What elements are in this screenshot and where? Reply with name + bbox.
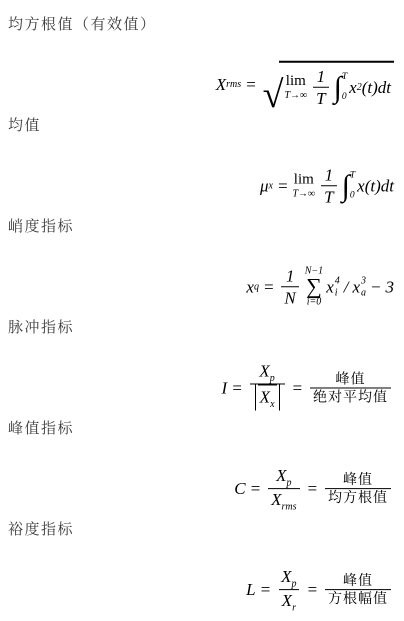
- section-label-kurtosis: 峭度指标: [8, 215, 74, 236]
- section-impulse: 脉冲指标 I = Xp Xx = 峰值 绝对平均值: [0, 303, 404, 404]
- integrand: x2(t)dt: [349, 78, 391, 98]
- equals-sign: =: [263, 277, 274, 297]
- limit-operator: lim T→∞: [292, 173, 315, 200]
- mean-lhs: μx: [260, 176, 273, 196]
- fraction-symbolic: Xp Xr: [278, 566, 299, 614]
- equals-sign: =: [260, 580, 271, 600]
- section-label-crest: 峰值指标: [8, 417, 74, 438]
- term-x-i-4: x4i: [326, 275, 340, 299]
- section-label-rms: 均方根值（有效值）: [8, 13, 157, 34]
- minus-sign: −: [370, 277, 381, 297]
- section-clearance: 裕度指标 L = Xp Xr = 峰值 方根幅值: [0, 505, 404, 606]
- fraction-chinese: 峰值 绝对平均值: [310, 370, 391, 406]
- sigma-icon: ∑: [306, 277, 322, 298]
- clearance-lhs: L: [246, 580, 255, 600]
- kurtosis-lhs: xq: [246, 277, 259, 297]
- impulse-lhs: I: [222, 378, 228, 398]
- equals-sign: =: [250, 479, 261, 499]
- section-label-clearance: 裕度指标: [8, 518, 74, 539]
- section-rms: 均方根值（有效值） Xrms = √ lim T→∞ 1 T ∫: [0, 0, 404, 101]
- limit-operator: lim T→∞: [284, 74, 307, 101]
- rms-lhs: Xrms: [216, 75, 241, 95]
- section-crest: 峰值指标 C = Xp Xrms = 峰值 均方根值: [0, 404, 404, 505]
- fraction-chinese: 峰值 方根幅值: [325, 572, 391, 608]
- section-label-impulse: 脉冲指标: [8, 316, 74, 337]
- fraction-chinese: 峰值 均方根值: [325, 471, 391, 507]
- section-label-mean: 均值: [8, 114, 41, 135]
- integral-icon: ∫: [334, 75, 342, 101]
- formula-clearance: L = Xp Xr = 峰值 方根幅值: [246, 566, 394, 614]
- equals-sign: =: [245, 75, 256, 95]
- integral-operator: ∫ T0: [334, 73, 348, 103]
- constant-3: 3: [386, 277, 395, 297]
- equals-sign: =: [277, 176, 288, 196]
- section-kurtosis: 峭度指标 xq = 1 N N−1 ∑ i=0 x4i / x3a − 3: [0, 202, 404, 303]
- integral-operator: ∫ T0: [342, 171, 356, 201]
- section-mean: 均值 μx = lim T→∞ 1 T ∫ T0 x(t)dt: [0, 101, 404, 202]
- summation-operator: N−1 ∑ i=0: [305, 267, 323, 308]
- term-x-a-3: x3a: [352, 275, 366, 299]
- integrand: x(t)dt: [357, 176, 394, 196]
- equals-sign: =: [307, 580, 318, 600]
- crest-lhs: C: [234, 479, 245, 499]
- integral-icon: ∫: [342, 173, 350, 199]
- equals-sign: =: [292, 378, 303, 398]
- equals-sign: =: [307, 479, 318, 499]
- equals-sign: =: [231, 378, 242, 398]
- divide-slash: /: [344, 277, 349, 297]
